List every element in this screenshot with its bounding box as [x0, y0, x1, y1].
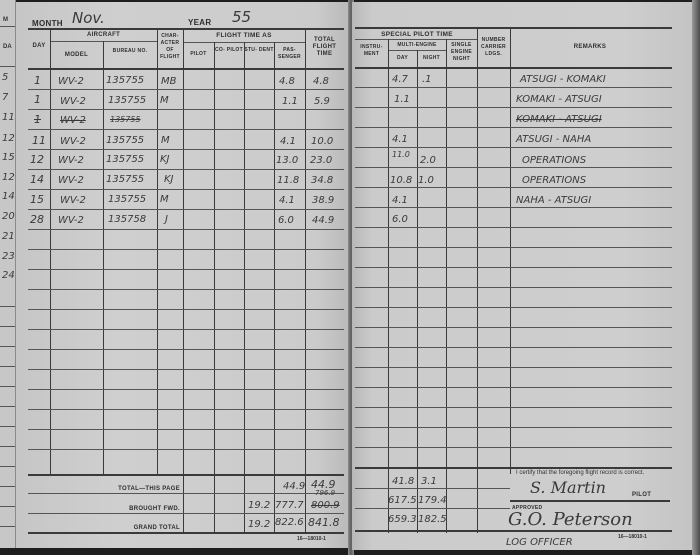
- brought-fwd-student: 19.2: [248, 500, 270, 511]
- entry-me-night: .1: [422, 74, 432, 85]
- entry-me-day: 6.0: [392, 214, 408, 225]
- month-label: MONTH: [32, 19, 63, 28]
- entry-remarks: OPERATIONS: [522, 155, 586, 166]
- entry-day: 12: [30, 153, 44, 166]
- entry-passenger: 4.1: [279, 195, 295, 206]
- prev-day: 14: [2, 191, 15, 202]
- prev-day-label: DA: [3, 44, 12, 50]
- entry-bureau: 135755: [108, 194, 146, 205]
- entry-me-day: 10.8: [390, 175, 412, 186]
- prev-day: 15: [2, 152, 15, 163]
- col-aircraft: AIRCRAFT: [50, 32, 157, 39]
- col-model: MODEL: [50, 52, 103, 59]
- brought-fwd-total-corrected: 796.9: [315, 489, 335, 497]
- entry-passenger: 6.0: [278, 215, 294, 226]
- entry-model: WV-2: [60, 195, 86, 206]
- entry-total: 10.0: [311, 136, 333, 147]
- entry-character: KJ: [160, 154, 170, 165]
- col-day: DAY: [28, 43, 50, 50]
- prev-day: 24: [2, 270, 15, 281]
- entry-remarks: NAHA - ATSUGI: [516, 195, 591, 206]
- form-number-right: 16—18010-1: [618, 534, 647, 540]
- col-flight-time-as: FLIGHT TIME AS: [183, 32, 305, 39]
- entry-character: M: [160, 95, 169, 106]
- entry-remarks-struck: KOMAKI - ATSUGI: [516, 114, 602, 125]
- entry-total: 5.9: [314, 96, 330, 107]
- entry-me-day: 4.1: [392, 134, 408, 145]
- col-pilot: PILOT: [183, 51, 214, 58]
- entry-me-night: 2.0: [420, 155, 436, 166]
- entry-character: KJ: [164, 174, 174, 185]
- col-me-night: NIGHT: [417, 55, 446, 62]
- col-remarks: REMARKS: [510, 44, 670, 51]
- entry-model: WV-2: [60, 136, 86, 147]
- prev-day: 21: [2, 231, 15, 242]
- entry-passenger: 1.1: [282, 96, 298, 107]
- entry-day: 1: [34, 113, 41, 126]
- entry-model: WV-2: [60, 115, 86, 126]
- entry-model: WV-2: [60, 96, 86, 107]
- entry-total: 23.0: [310, 155, 332, 166]
- brought-fwd-me-night: 179.4: [418, 495, 447, 506]
- entry-total: 4.8: [313, 76, 329, 87]
- pilot-signature: S. Martin: [530, 478, 606, 497]
- entry-bureau: 135755: [106, 154, 144, 165]
- approver-title: LOG OFFICER: [506, 537, 573, 548]
- col-student: STU- DENT: [244, 47, 274, 54]
- total-this-page-label: TOTAL—THIS PAGE: [60, 486, 180, 493]
- logbook-spread: M DA 5 7 11 12 15 12 14 20 21 23 24 MONT…: [0, 0, 700, 555]
- entry-passenger: 13.0: [276, 155, 298, 166]
- brought-fwd-total-struck: 800.9: [311, 500, 340, 511]
- this-page-passenger: 44.9: [283, 481, 305, 492]
- entry-model: WV-2: [58, 76, 84, 87]
- entry-character: M: [160, 194, 169, 205]
- entry-me-day: 4.1: [392, 195, 408, 206]
- entry-me-night: 1.0: [418, 175, 434, 186]
- year-label: YEAR: [188, 18, 211, 27]
- entry-me-day: 1.1: [394, 94, 410, 105]
- grand-total-label: GRAND TOTAL: [60, 525, 180, 532]
- col-special-pilot-time: SPECIAL PILOT TIME: [357, 31, 477, 38]
- pilot-label: PILOT: [632, 492, 651, 499]
- entry-day: 1: [34, 74, 41, 87]
- prev-day: 7: [2, 92, 8, 103]
- entry-day: 14: [30, 173, 44, 186]
- entry-day: 15: [30, 193, 44, 206]
- certification-text: I certify that the foregoing flight reco…: [516, 470, 666, 477]
- col-me-day: DAY: [388, 55, 417, 62]
- entry-bureau: 135758: [108, 214, 146, 225]
- entry-model: WV-2: [58, 175, 84, 186]
- entry-me-day: 11.0: [392, 150, 410, 159]
- brought-fwd-passenger: 777.7: [275, 500, 304, 511]
- entry-me-day: 4.7: [392, 74, 408, 85]
- col-instrument: INSTRU- MENT: [355, 44, 388, 58]
- entry-total: 34.8: [311, 175, 333, 186]
- col-passenger: PAS- SENGER: [274, 47, 305, 61]
- entry-day: 28: [30, 213, 44, 226]
- entry-bureau: 135755: [110, 115, 141, 124]
- entry-model: WV-2: [58, 155, 84, 166]
- entry-character: J: [165, 214, 168, 225]
- grand-total-me-day: 659.3: [388, 514, 417, 525]
- grand-total-student: 19.2: [248, 519, 270, 530]
- approver-signature: G.O. Peterson: [508, 509, 633, 530]
- brought-fwd-me-day: 617.5: [388, 495, 417, 506]
- entry-bureau: 135755: [106, 135, 144, 146]
- entry-total: 38.9: [312, 195, 334, 206]
- entry-remarks: KOMAKI - ATSUGI: [516, 94, 602, 105]
- this-page-me-night: 3.1: [421, 476, 437, 487]
- entry-passenger: 4.1: [280, 136, 296, 147]
- grand-total-passenger: 822.6: [275, 517, 304, 528]
- entry-character: MB: [161, 76, 177, 87]
- form-number-left: 16—18010-1: [297, 536, 326, 542]
- col-bureau-no: BUREAU No.: [103, 48, 157, 55]
- year-value: 55: [232, 8, 251, 26]
- entry-day: 1: [34, 93, 41, 106]
- prev-day: 20: [2, 211, 15, 222]
- col-carrier-landings: NUMBER CARRIER LDGS.: [477, 37, 510, 58]
- entry-model: WV-2: [58, 215, 84, 226]
- previous-page-edge: M DA 5 7 11 12 15 12 14 20 21 23 24: [0, 0, 16, 548]
- prev-day: 12: [2, 172, 15, 183]
- brought-fwd-label: BROUGHT FWD.: [60, 506, 180, 513]
- prev-day: 12: [2, 133, 15, 144]
- entry-total: 44.9: [312, 215, 334, 226]
- entry-bureau: 135755: [108, 95, 146, 106]
- prev-day: 23: [2, 251, 15, 262]
- month-value: Nov.: [72, 9, 105, 27]
- entry-bureau: 135755: [106, 174, 144, 185]
- entry-remarks: ATSUGI - KOMAKI: [520, 74, 606, 85]
- col-single-engine-night: SINGLE ENGINE NIGHT: [446, 42, 477, 63]
- book-edge: [692, 0, 700, 555]
- grand-total-total: 841.8: [308, 516, 340, 529]
- grand-total-me-night: 182.5: [418, 514, 447, 525]
- col-total-flight-time: TOTAL FLIGHT TIME: [305, 37, 344, 58]
- col-co-pilot: CO- PILOT: [214, 47, 244, 54]
- entry-passenger: 4.8: [279, 76, 295, 87]
- prev-day: 11: [2, 112, 15, 123]
- entry-remarks: ATSUGI - NAHA: [516, 134, 591, 145]
- prev-month-label: M: [3, 17, 8, 23]
- col-multi-engine: MULTI-ENGINE: [388, 42, 446, 49]
- entry-day: 11: [32, 134, 46, 147]
- prev-day: 5: [2, 72, 8, 83]
- col-character-of-flight: CHAR- ACTER OF FLIGHT: [157, 33, 183, 61]
- entry-bureau: 135755: [106, 75, 144, 86]
- entry-character: M: [161, 135, 170, 146]
- this-page-me-day: 41.8: [392, 476, 414, 487]
- entry-remarks: OPERATIONS: [522, 175, 586, 186]
- entry-passenger: 11.8: [277, 175, 299, 186]
